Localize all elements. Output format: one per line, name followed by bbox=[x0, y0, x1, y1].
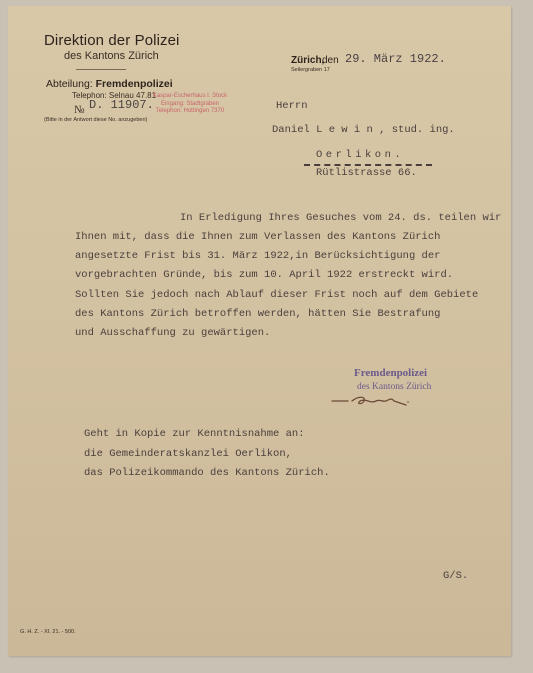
print-code: G. H. Z. - XI. 21. - 500. bbox=[20, 629, 76, 635]
number-sign: № bbox=[74, 104, 85, 116]
office-stamp-line: Kaspar-Escherhaus I. Stock bbox=[145, 93, 235, 101]
body-line: und Ausschaffung zu gewärtigen. bbox=[75, 327, 270, 339]
letterhead-title: Direktion der Polizei bbox=[44, 32, 180, 49]
recipient-city: Oerlikon. bbox=[316, 149, 404, 161]
typist-initials: G/S. bbox=[443, 570, 468, 582]
body-line: In Erledigung Ihres Gesuches vom 24. ds.… bbox=[180, 212, 501, 224]
recipient-salutation: Herrn bbox=[276, 100, 308, 112]
date-prefix: den bbox=[322, 55, 339, 66]
recipient-name: Daniel L e w i n , stud. ing. bbox=[272, 124, 455, 136]
recipient-street: Rütlistrasse 66. bbox=[316, 167, 417, 179]
city-underline bbox=[304, 164, 432, 166]
office-stamp-line: Telephon: Hottingen 7370 bbox=[145, 108, 235, 116]
letterhead-department: Abteilung: Fremdenpolizei bbox=[46, 78, 173, 90]
office-street: Seilergraben 17 bbox=[291, 67, 330, 73]
reply-note: (Bitte in der Antwort diese No. anzugebe… bbox=[44, 117, 147, 123]
letterhead-divider bbox=[76, 69, 126, 70]
date-value: 29. März 1922. bbox=[345, 52, 446, 66]
body-line: angesetzte Frist bis 31. März 1922,in Be… bbox=[75, 250, 440, 262]
office-address-stamp: Kaspar-Escherhaus I. Stock Eingang: Stad… bbox=[145, 93, 235, 116]
body-line: Ihnen mit, dass die Ihnen zum Verlassen … bbox=[75, 231, 440, 243]
department-name: Fremdenpolizei bbox=[96, 78, 173, 90]
copy-line: Geht in Kopie zur Kenntnisnahme an: bbox=[84, 428, 305, 440]
office-stamp-line: Eingang: Stadtgraben bbox=[145, 101, 235, 109]
date-place: Zürich, bbox=[291, 55, 324, 66]
body-line: des Kantons Zürich betroffen werden, hät… bbox=[75, 308, 440, 320]
department-label: Abteilung: bbox=[46, 78, 93, 90]
letterhead-subtitle: des Kantons Zürich bbox=[64, 50, 159, 62]
signature-icon bbox=[330, 392, 410, 410]
letter-page: Direktion der Polizei des Kantons Zürich… bbox=[8, 6, 511, 656]
handwritten-signature bbox=[330, 392, 410, 415]
body-line: Sollten Sie jedoch nach Ablauf dieser Fr… bbox=[75, 289, 478, 301]
signature-stamp-title: Fremdenpolizei bbox=[354, 367, 427, 379]
body-line: vorgebrachten Gründe, bis zum 10. April … bbox=[75, 269, 453, 281]
signature-stamp-subtitle: des Kantons Zürich bbox=[357, 382, 431, 392]
copy-line: das Polizeikommando des Kantons Zürich. bbox=[84, 467, 330, 479]
copy-line: die Gemeinderatskanzlei Oerlikon, bbox=[84, 448, 292, 460]
